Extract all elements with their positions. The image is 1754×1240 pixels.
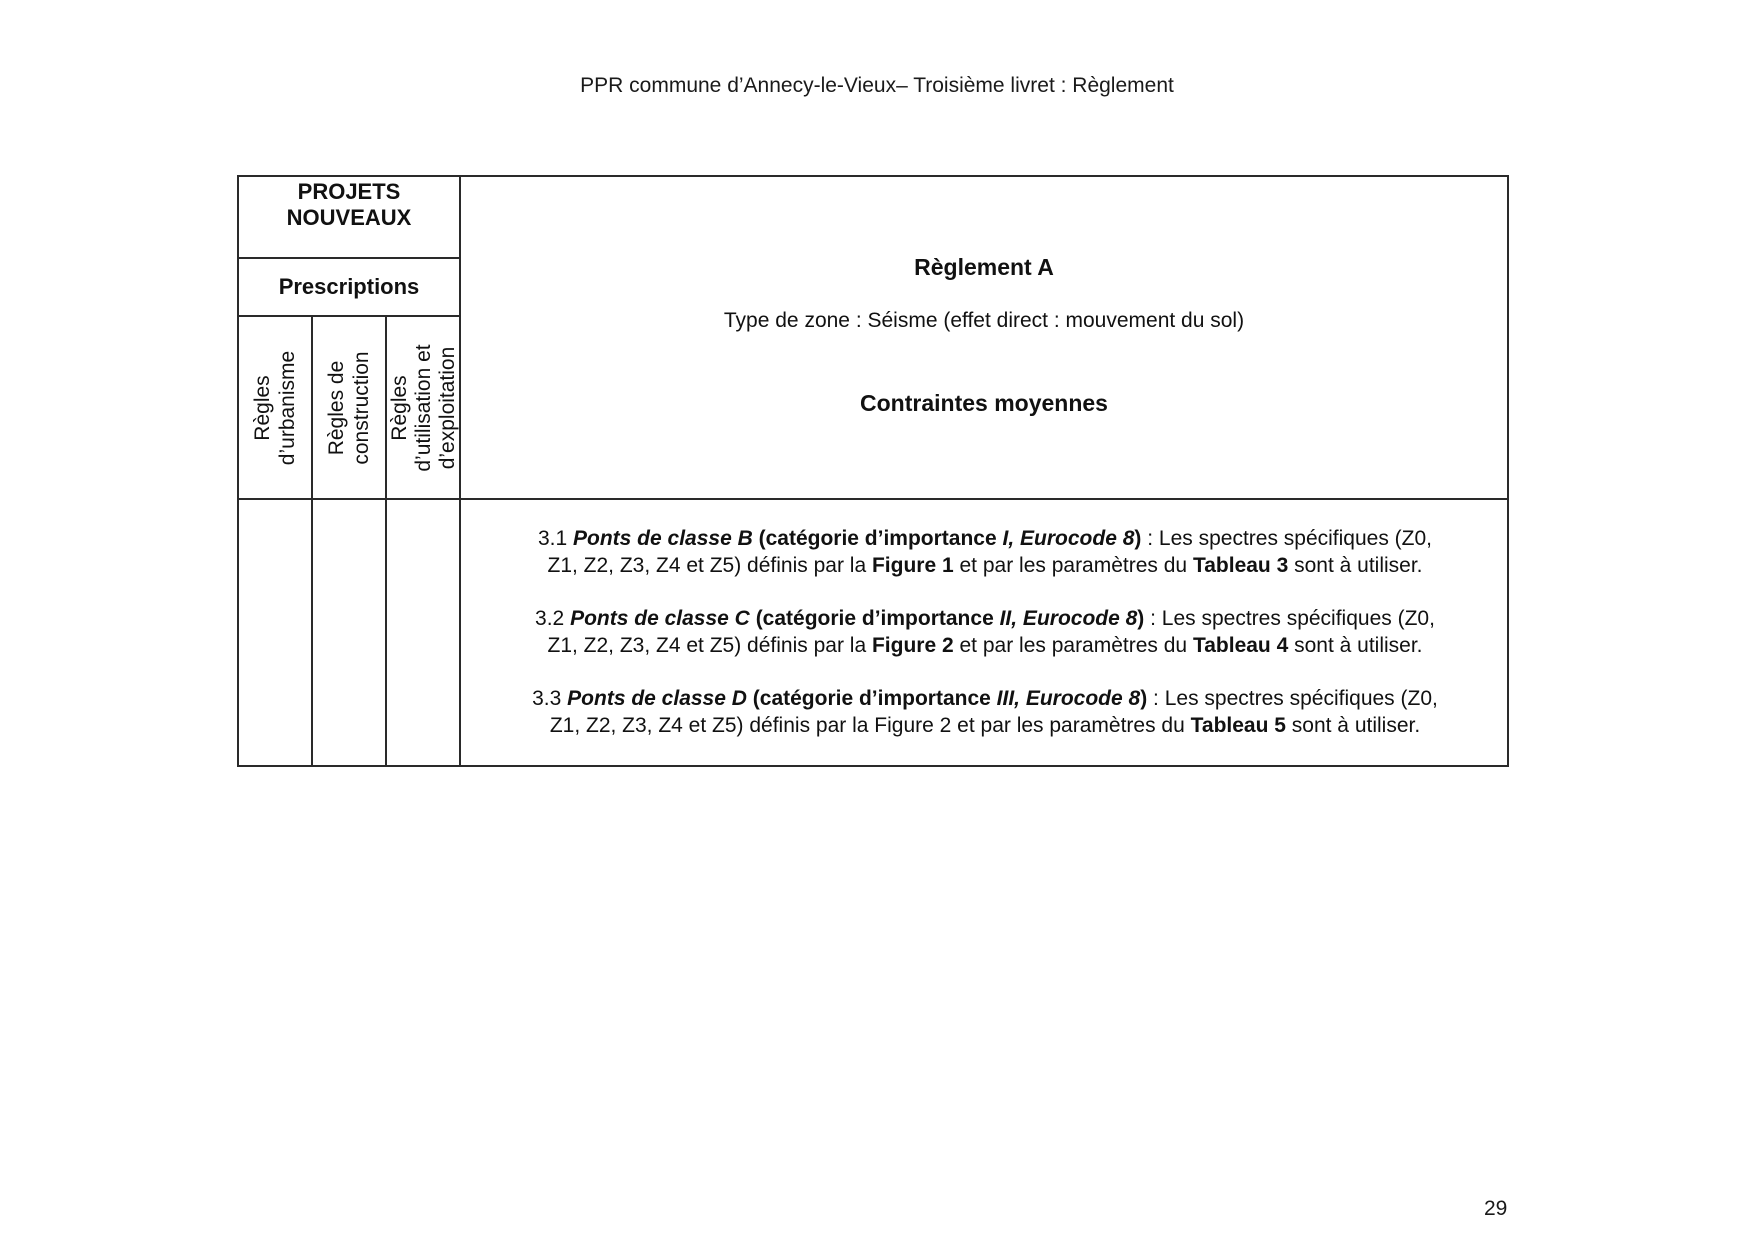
projets-nouveaux-label: PROJETS NOUVEAUX (279, 179, 419, 231)
projets-nouveaux-cell: PROJETS NOUVEAUX (239, 177, 459, 223)
table-ref: Tableau 5 (1191, 714, 1286, 737)
list-item: 3.2 Ponts de classe C (catégorie d’impor… (480, 605, 1490, 659)
list-item: 3.3 Ponts de classe D (catégorie d’impor… (480, 685, 1490, 739)
figure-ref: Figure 2 (872, 634, 954, 657)
col-utilisation-line3: d’exploitation (436, 344, 460, 471)
column-header-utilisation: Règles d’utilisation et d’exploitation (387, 317, 461, 498)
col-utilisation-line1: Règles (388, 344, 412, 471)
prescriptions-cell: Prescriptions (239, 259, 459, 315)
table-border-bottom (237, 765, 1509, 767)
regulation-table: PROJETS NOUVEAUX Prescriptions Règles d’… (237, 175, 1509, 767)
list-item: 3.1 Ponts de classe B (catégorie d’impor… (480, 525, 1490, 579)
zone-type: Type de zone : Séisme (effet direct : mo… (459, 309, 1509, 333)
column-header-urbanisme: Règles d’urbanisme (239, 317, 311, 498)
col-urbanisme-line1: Règles (250, 350, 275, 464)
constraints-level: Contraintes moyennes (459, 390, 1509, 417)
page-number: 29 (1484, 1197, 1507, 1221)
col-urbanisme-line2: d’urbanisme (275, 350, 300, 464)
bridge-class: Ponts de classe B (573, 527, 753, 550)
table-ref: Tableau 4 (1193, 634, 1288, 657)
reglement-title: Règlement A (459, 254, 1509, 281)
col-construction-line2: construction (349, 351, 374, 464)
column-header-construction: Règles de construction (313, 317, 385, 498)
bridge-class: Ponts de classe C (570, 607, 750, 630)
figure-ref: Figure 1 (872, 554, 954, 577)
prescriptions-label: Prescriptions (279, 274, 420, 300)
col-utilisation-line2: d’utilisation et (412, 344, 436, 471)
bridge-class: Ponts de classe D (567, 687, 747, 710)
running-header: PPR commune d’Annecy-le-Vieux– Troisième… (0, 74, 1754, 98)
figure-ref: Figure 2 (874, 714, 951, 737)
col-construction-line1: Règles de (324, 351, 349, 464)
table-ref: Tableau 3 (1193, 554, 1288, 577)
header-divider (237, 498, 1509, 500)
